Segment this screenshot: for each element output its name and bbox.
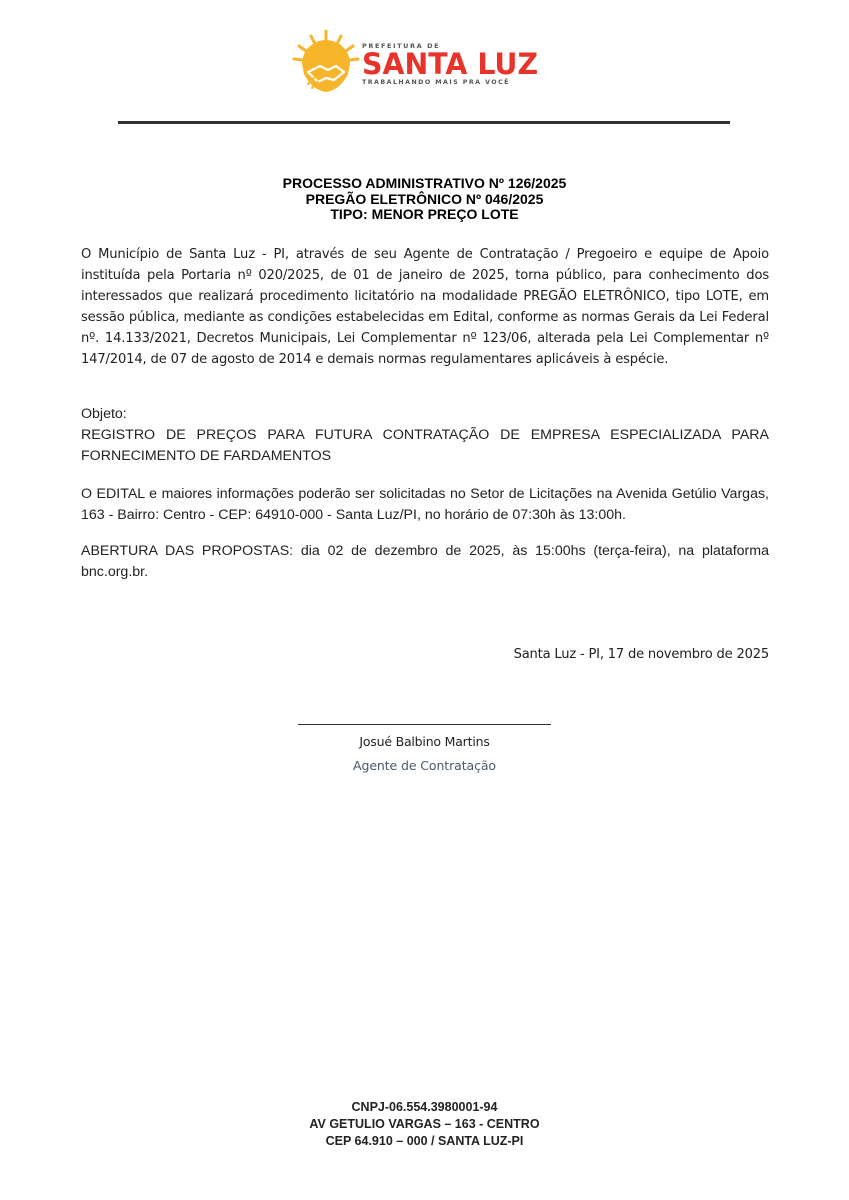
title-pregao: PREGÃO ELETRÔNICO Nº 046/2025 — [0, 192, 849, 208]
signature-line — [298, 724, 551, 725]
title-process: PROCESSO ADMINISTRATIVO Nº 126/2025 — [0, 176, 849, 192]
opening-paragraph: ABERTURA DAS PROPOSTAS: dia 02 de dezemb… — [81, 541, 769, 583]
title-type: TIPO: MENOR PREÇO LOTE — [0, 207, 849, 223]
edital-info-paragraph: O EDITAL e maiores informações poderão s… — [81, 484, 769, 526]
footer-address: CNPJ-06.554.3980001-94 AV GETULIO VARGAS… — [0, 1099, 849, 1150]
intro-paragraph: O Município de Santa Luz - PI, através d… — [81, 244, 769, 370]
sun-handshake-icon — [290, 28, 362, 98]
footer-street: AV GETULIO VARGAS – 163 - CENTRO — [0, 1116, 849, 1133]
signatory-role: Agente de Contratação — [298, 758, 551, 773]
object-label: Objeto: — [81, 404, 769, 425]
logo-name: SANTA LUZ — [362, 50, 538, 78]
date-line: Santa Luz - PI, 17 de novembro de 2025 — [514, 647, 769, 662]
document-title-block: PROCESSO ADMINISTRATIVO Nº 126/2025 PREG… — [0, 176, 849, 223]
prefeitura-logo: PREFEITURA DE SANTA LUZ TRABALHANDO MAIS… — [290, 28, 560, 98]
footer-cep: CEP 64.910 – 000 / SANTA LUZ-PI — [0, 1133, 849, 1150]
footer-cnpj: CNPJ-06.554.3980001-94 — [0, 1099, 849, 1116]
object-text: REGISTRO DE PREÇOS PARA FUTURA CONTRATAÇ… — [81, 425, 769, 467]
header-divider — [118, 121, 730, 124]
object-section: Objeto: REGISTRO DE PREÇOS PARA FUTURA C… — [81, 404, 769, 467]
logo-text: PREFEITURA DE SANTA LUZ TRABALHANDO MAIS… — [362, 42, 542, 86]
signatory-name: Josué Balbino Martins — [298, 734, 551, 749]
